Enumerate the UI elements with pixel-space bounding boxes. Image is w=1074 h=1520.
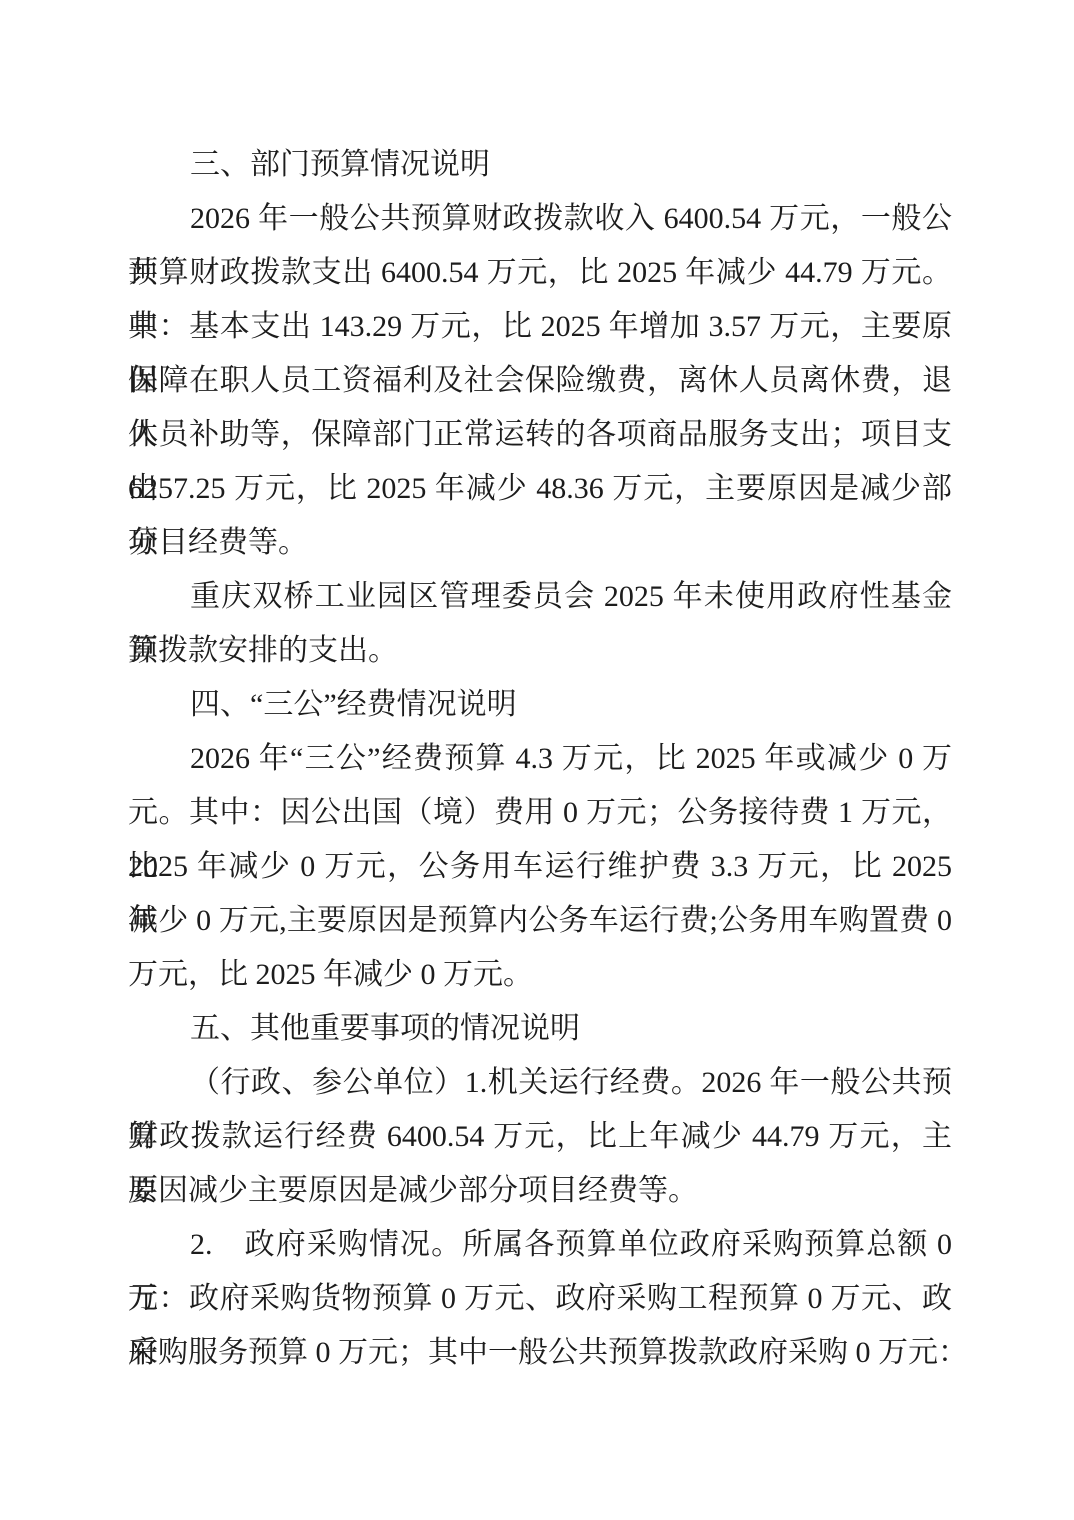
text-line: 采购服务预算 0 万元；其中一般公共预算拨款政府采购 0 万元： [128,1326,952,1380]
text-line: 2026 年“三公”经费预算 4.3 万元，比 2025 年或减少 0 万 [128,732,952,786]
document-text-block: 三、部门预算情况说明 2026 年一般公共预算财政拨款收入 6400.54 万元… [128,138,952,1380]
text-line: 中：基本支出 143.29 万元，比 2025 年增加 3.57 万元，主要原因 [128,300,952,354]
text-line: 重庆双桥工业园区管理委员会 2025 年未使用政府性基金预 [128,570,952,624]
text-line: 2025 年减少 0 万元，公务用车运行维护费 3.3 万元，比 2025 年 [128,840,952,894]
text-line: 人员补助等，保障部门正常运转的各项商品服务支出；项目支出 [128,408,952,462]
section-heading-four: 四、“三公”经费情况说明 [128,678,952,732]
text-line: 2026 年一般公共预算财政拨款收入 6400.54 万元，一般公共 [128,192,952,246]
text-line: 预算财政拨款支出 6400.54 万元，比 2025 年减少 44.79 万元。… [128,246,952,300]
text-line: 原因减少主要原因是减少部分项目经费等。 [128,1164,952,1218]
text-line: 项目经费等。 [128,516,952,570]
text-line: 减少 0 万元,主要原因是预算内公务车运行费;公务用车购置费 0 [128,894,952,948]
text-line: 元。其中：因公出国（境）费用 0 万元；公务接待费 1 万元，比 [128,786,952,840]
section-heading-three: 三、部门预算情况说明 [128,138,952,192]
text-line: 万元，比 2025 年减少 0 万元。 [128,948,952,1002]
text-line: 元：政府采购货物预算 0 万元、政府采购工程预算 0 万元、政府 [128,1272,952,1326]
section-heading-five: 五、其他重要事项的情况说明 [128,1002,952,1056]
document-page: 三、部门预算情况说明 2026 年一般公共预算财政拨款收入 6400.54 万元… [0,0,1074,1520]
text-line: 保障在职人员工资福利及社会保险缴费，离休人员离休费，退休 [128,354,952,408]
text-line: 算拨款安排的支出。 [128,624,952,678]
text-line: 6257.25 万元，比 2025 年减少 48.36 万元，主要原因是减少部分 [128,462,952,516]
text-line: （行政、参公单位）1.机关运行经费。2026 年一般公共预算 [128,1056,952,1110]
text-line: 2. 政府采购情况。所属各预算单位政府采购预算总额 0 万 [128,1218,952,1272]
text-line: 财政拨款运行经费 6400.54 万元，比上年减少 44.79 万元，主要 [128,1110,952,1164]
